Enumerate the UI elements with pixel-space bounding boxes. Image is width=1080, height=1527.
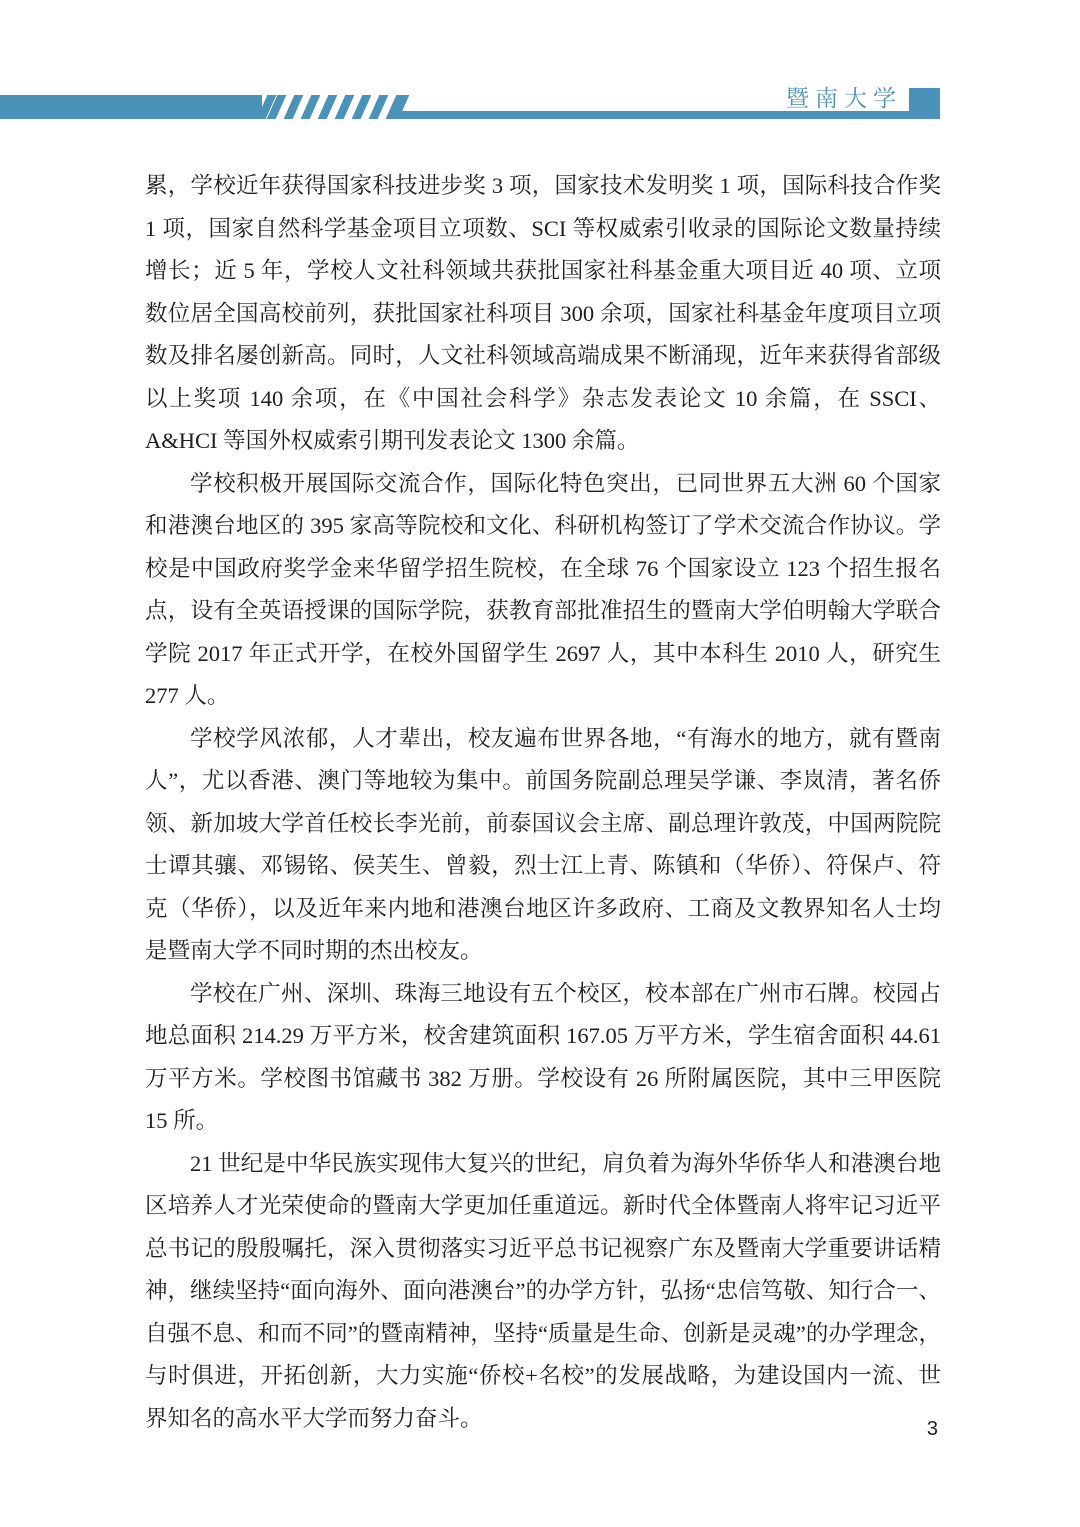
paragraph-notable-alumni: 学校学风浓郁，人才辈出，校友遍布世界各地，“有海水的地方，就有暨南人”，尤以香港…	[145, 718, 941, 973]
stripe-decoration	[352, 95, 372, 119]
document-page: 暨南大学 累，学校近年获得国家科技进步奖 3 项，国家技术发明奖 1 项，国际科…	[0, 0, 1080, 1527]
document-body: 累，学校近年获得国家科技进步奖 3 项，国家技术发明奖 1 项，国际科技合作奖 …	[145, 165, 941, 1440]
stripe-decoration	[318, 95, 338, 119]
page-number: 3	[927, 1418, 938, 1441]
header-left-bar	[0, 95, 262, 119]
stripe-decoration	[369, 95, 389, 119]
university-name: 暨南大学	[786, 85, 902, 113]
stripe-decoration	[301, 95, 321, 119]
stripe-decoration	[335, 95, 355, 119]
paragraph-research-achievements: 累，学校近年获得国家科技进步奖 3 项，国家技术发明奖 1 项，国际科技合作奖 …	[145, 165, 941, 463]
paragraph-vision-mission: 21 世纪是中华民族实现伟大复兴的世纪，肩负着为海外华侨华人和港澳台地区培养人才…	[145, 1143, 941, 1441]
paragraph-international-exchange: 学校积极开展国际交流合作，国际化特色突出，已同世界五大洲 60 个国家和港澳台地…	[145, 463, 941, 718]
stripe-decoration	[284, 95, 304, 119]
page-header: 暨南大学	[0, 0, 1080, 150]
header-square-decoration	[909, 88, 940, 119]
paragraph-campuses-facilities: 学校在广州、深圳、珠海三地设有五个校区，校本部在广州市石牌。校园占地总面积 21…	[145, 973, 941, 1143]
